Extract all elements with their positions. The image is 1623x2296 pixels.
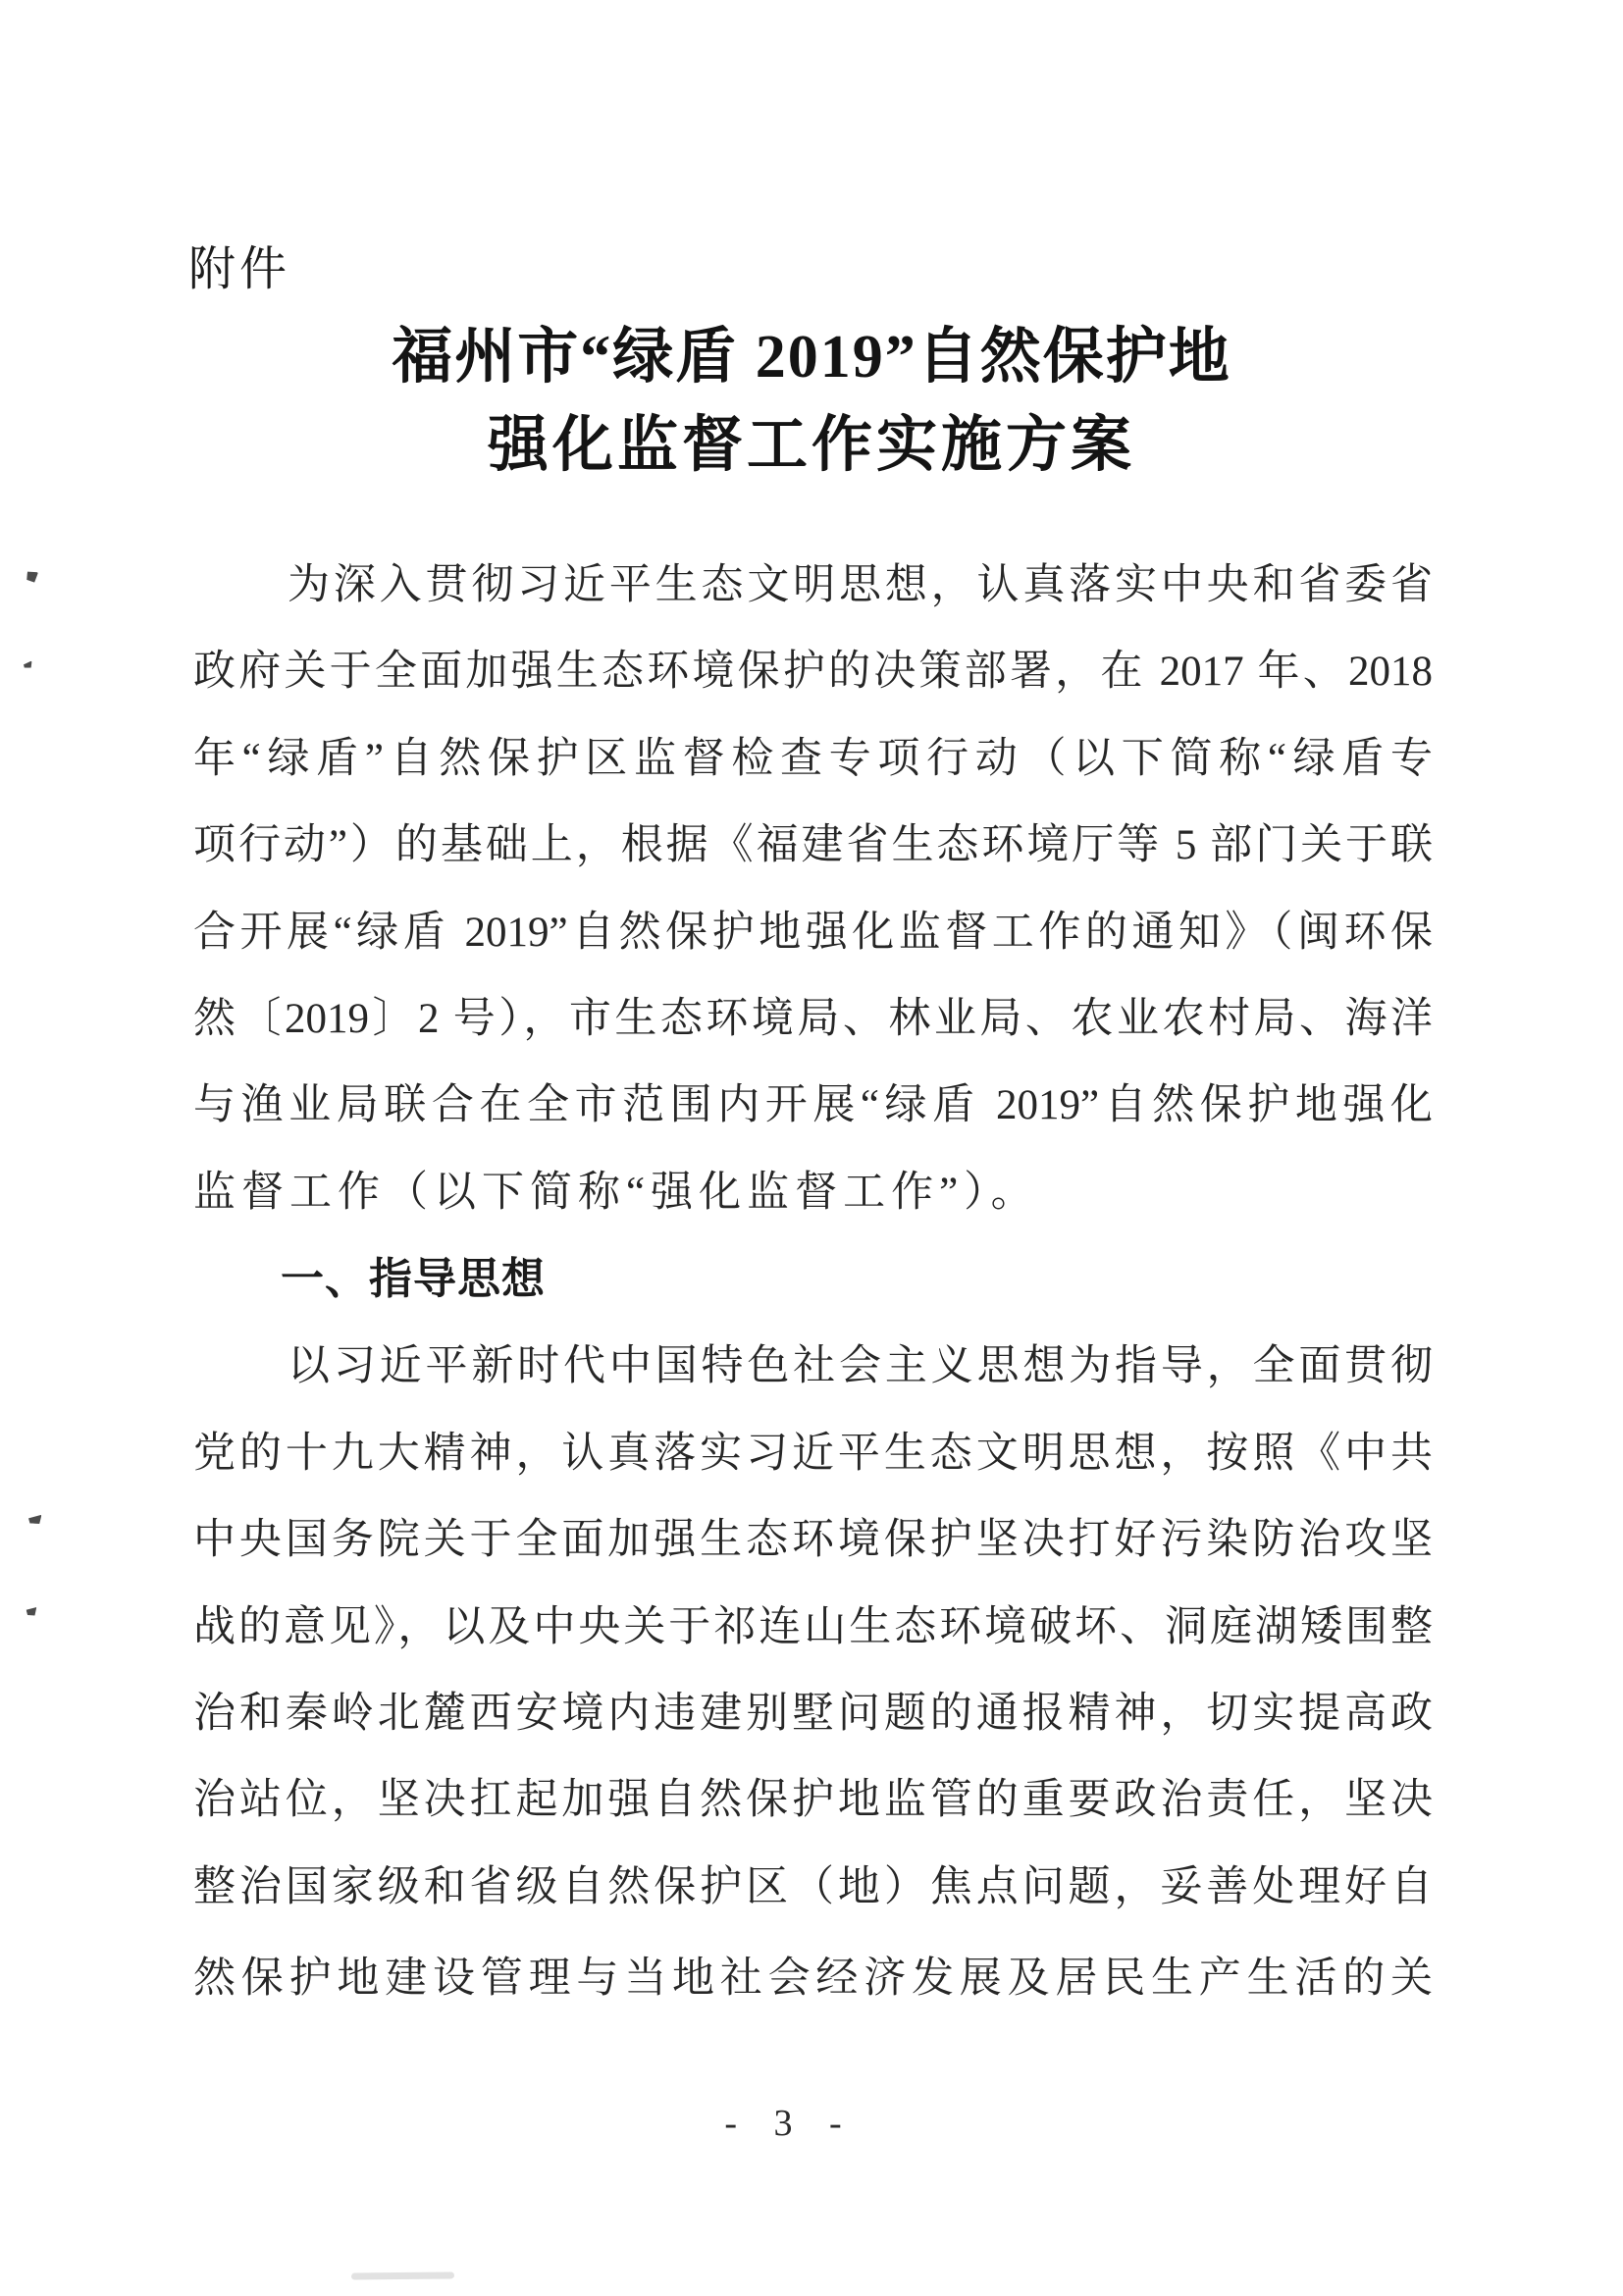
paragraph2-line-6: 治站位，坚决扛起加强自然保护地监管的重要政治责任，坚决 bbox=[193, 1774, 1433, 1827]
paragraph1-line-4: 项行动”）的基础上，根据《福建省生态环境厅等 5 部门关于联 bbox=[193, 819, 1433, 872]
paragraph1-line-3: 年“绿盾”自然保护区监督检查专项行动（以下简称“绿盾专 bbox=[193, 733, 1433, 786]
paragraph2-line-3: 中央国务院关于全面加强生态环境保护坚决打好污染防治攻坚 bbox=[193, 1514, 1433, 1567]
document-title-line-1: 福州市“绿盾 2019”自然保护地 bbox=[0, 324, 1623, 391]
scan-artifact-speck bbox=[24, 660, 33, 668]
scan-artifact-speck bbox=[28, 1513, 42, 1524]
scan-artifact-speck bbox=[26, 1606, 37, 1617]
paragraph1-line-2: 政府关于全面加强生态环境保护的决策部署，在 2017 年、2018 bbox=[193, 646, 1433, 699]
paragraph1-line-7: 与渔业局联合在全市范围内开展“绿盾 2019”自然保护地强化 bbox=[193, 1079, 1433, 1132]
document-title-line-2: 强化监督工作实施方案 bbox=[0, 412, 1623, 479]
document-page: 附件 福州市“绿盾 2019”自然保护地 强化监督工作实施方案 为深入贯彻习近平… bbox=[0, 0, 1623, 2296]
paragraph1-line-1: 为深入贯彻习近平生态文明思想，认真落实中央和省委省 bbox=[193, 559, 1433, 612]
paragraph1-line-5: 合开展“绿盾 2019”自然保护地强化监督工作的通知》（闽环保 bbox=[193, 907, 1433, 960]
scan-artifact-speck bbox=[26, 570, 38, 583]
paragraph2-line-2: 党的十九大精神，认真落实习近平生态文明思想，按照《中共 bbox=[193, 1428, 1433, 1481]
paragraph1-line-8: 监督工作（以下简称“强化监督工作”）。 bbox=[193, 1167, 1433, 1220]
paragraph2-line-8: 然保护地建设管理与当地社会经济发展及居民生产生活的关 bbox=[193, 1953, 1433, 2006]
page-number: - 3 - bbox=[0, 2102, 1601, 2145]
paragraph2-line-5: 治和秦岭北麓西安境内违建别墅问题的通报精神，切实提高政 bbox=[193, 1688, 1433, 1741]
section-heading-guiding-ideology: 一、指导思想 bbox=[281, 1256, 546, 1303]
paragraph2-line-7: 整治国家级和省级自然保护区（地）焦点问题，妥善处理好自 bbox=[193, 1861, 1433, 1914]
attachment-label: 附件 bbox=[188, 243, 290, 295]
paragraph2-line-1: 以习近平新时代中国特色社会主义思想为指导，全面贯彻 bbox=[193, 1340, 1433, 1393]
paragraph1-line-6: 然〔2019〕2 号），市生态环境局、林业局、农业农村局、海洋 bbox=[193, 993, 1433, 1046]
scan-artifact-smudge bbox=[351, 2271, 454, 2279]
paragraph2-line-4: 战的意见》，以及中央关于祁连山生态环境破坏、洞庭湖矮围整 bbox=[193, 1601, 1433, 1654]
